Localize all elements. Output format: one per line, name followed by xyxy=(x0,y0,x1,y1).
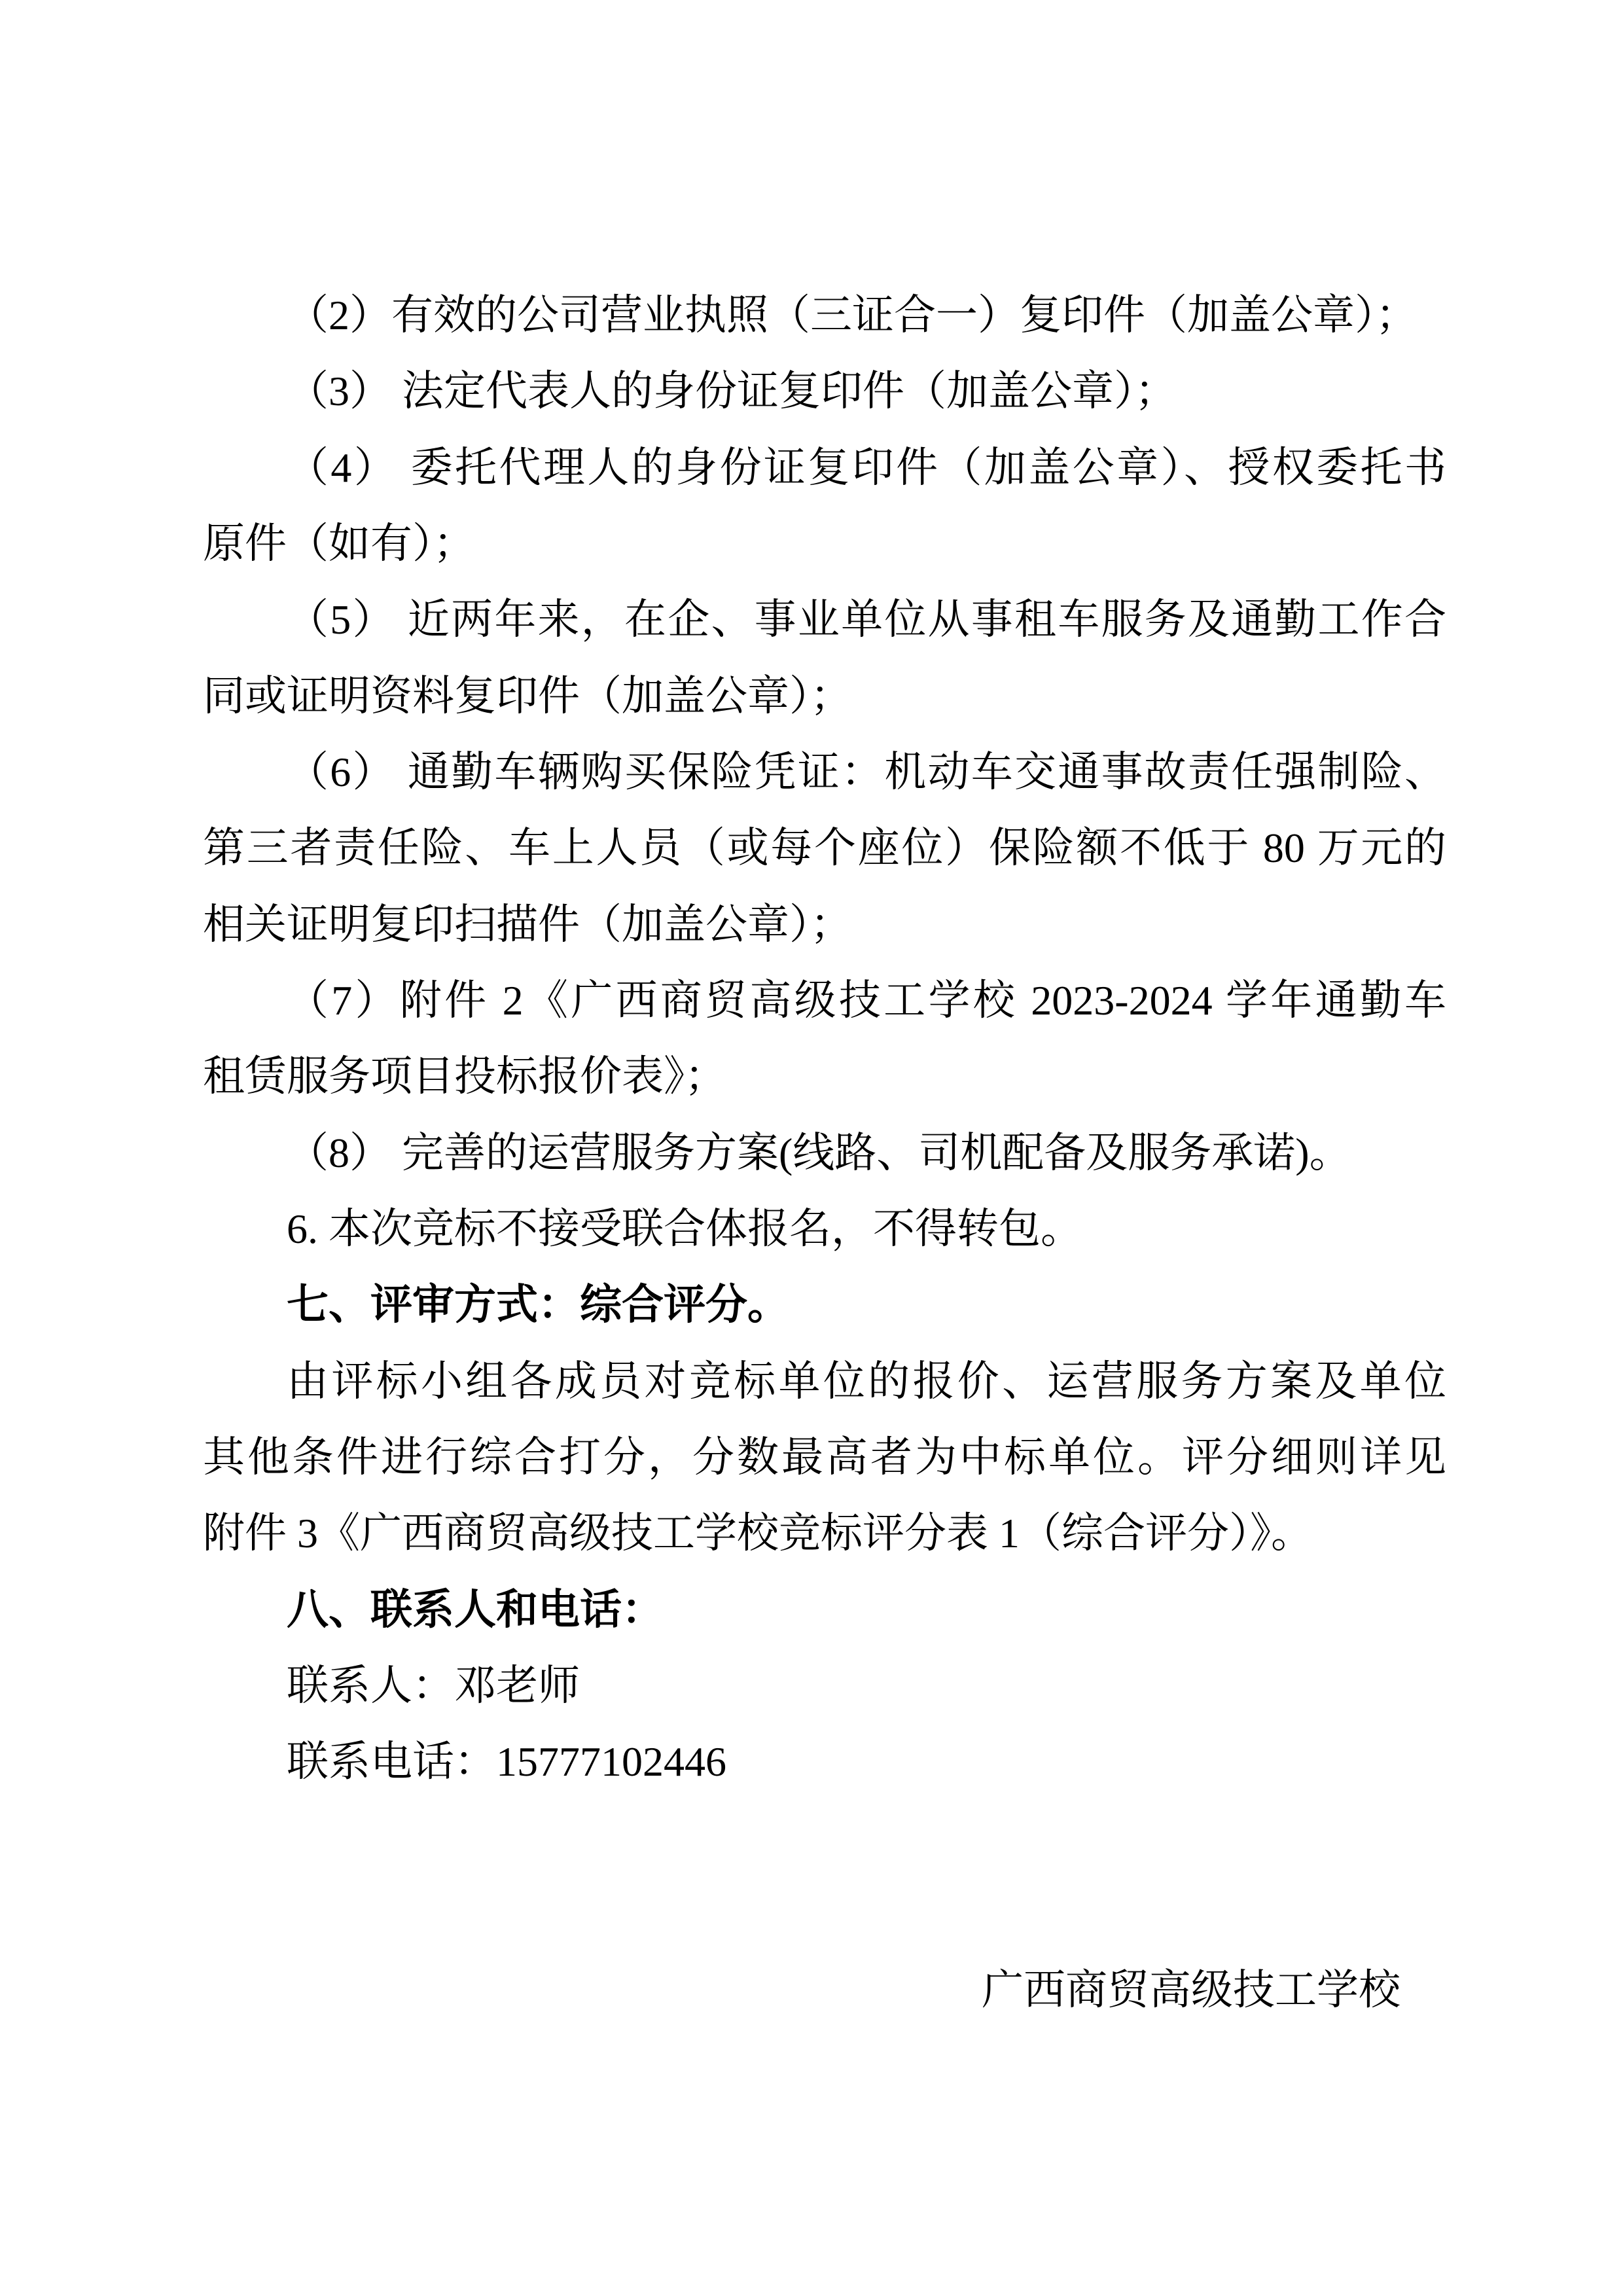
text-line: 同或证明资料复印件（加盖公章）； xyxy=(203,658,1446,734)
blank-line xyxy=(203,1801,1446,1876)
text-line: 由评标小组各成员对竞标单位的报价、运营服务方案及单位 xyxy=(203,1344,1446,1420)
blank-line xyxy=(203,1876,1446,1952)
document-body: （2）有效的公司营业执照（三证合一）复印件（加盖公章）；（3） 法定代表人的身份… xyxy=(203,278,1446,2029)
signature-line: 广西商贸高级技工学校 xyxy=(203,1952,1446,2028)
text-line: 联系人：邓老师 xyxy=(203,1648,1446,1724)
paragraph-item-2: （2）有效的公司营业执照（三证合一）复印件（加盖公章）； xyxy=(203,278,1446,353)
paragraph-contact-phone: 联系电话：15777102446 xyxy=(203,1724,1446,1800)
paragraph-item-5: （5） 近两年来，在企、事业单位从事租车服务及通勤工作合同或证明资料复印件（加盖… xyxy=(203,582,1446,734)
paragraph-item-8: （8） 完善的运营服务方案(线路、司机配备及服务承诺)。 xyxy=(203,1115,1446,1191)
text-line: （4） 委托代理人的身份证复印件（加盖公章）、授权委托书 xyxy=(203,430,1446,506)
text-line: 原件（如有）； xyxy=(203,506,1446,582)
text-line: （2）有效的公司营业执照（三证合一）复印件（加盖公章）； xyxy=(203,278,1446,353)
text-line: 附件 3《广西商贸高级技工学校竞标评分表 1（综合评分）》。 xyxy=(203,1496,1446,1571)
paragraph-section-7-body: 由评标小组各成员对竞标单位的报价、运营服务方案及单位其他条件进行综合打分，分数最… xyxy=(203,1344,1446,1572)
text-line: （6） 通勤车辆购买保险凭证：机动车交通事故责任强制险、 xyxy=(203,734,1446,810)
paragraph-item-6: （6） 通勤车辆购买保险凭证：机动车交通事故责任强制险、第三者责任险、车上人员（… xyxy=(203,734,1446,963)
text-line: 七、评审方式：综合评分。 xyxy=(203,1267,1446,1343)
paragraph-section-7-heading: 七、评审方式：综合评分。 xyxy=(203,1267,1446,1343)
paragraph-item-4: （4） 委托代理人的身份证复印件（加盖公章）、授权委托书原件（如有）； xyxy=(203,430,1446,583)
text-line: （7）附件 2《广西商贸高级技工学校 2023-2024 学年通勤车 xyxy=(203,963,1446,1039)
paragraph-section-8-heading: 八、联系人和电话： xyxy=(203,1572,1446,1648)
text-line: 第三者责任险、车上人员（或每个座位）保险额不低于 80 万元的 xyxy=(203,810,1446,886)
paragraph-contact-name: 联系人：邓老师 xyxy=(203,1648,1446,1724)
text-line: 其他条件进行综合打分，分数最高者为中标单位。评分细则详见 xyxy=(203,1420,1446,1496)
text-line: （3） 法定代表人的身份证复印件（加盖公章）； xyxy=(203,353,1446,429)
text-line: （5） 近两年来，在企、事业单位从事租车服务及通勤工作合 xyxy=(203,582,1446,658)
text-line: 八、联系人和电话： xyxy=(203,1572,1446,1648)
document-page: （2）有效的公司营业执照（三证合一）复印件（加盖公章）；（3） 法定代表人的身份… xyxy=(0,0,1623,2296)
paragraph-clause-6: 6. 本次竞标不接受联合体报名，不得转包。 xyxy=(203,1191,1446,1267)
text-line: 租赁服务项目投标报价表》； xyxy=(203,1039,1446,1115)
text-line: 联系电话：15777102446 xyxy=(203,1724,1446,1800)
paragraph-item-3: （3） 法定代表人的身份证复印件（加盖公章）； xyxy=(203,353,1446,429)
text-line: 6. 本次竞标不接受联合体报名，不得转包。 xyxy=(203,1191,1446,1267)
text-line: （8） 完善的运营服务方案(线路、司机配备及服务承诺)。 xyxy=(203,1115,1446,1191)
paragraph-item-7: （7）附件 2《广西商贸高级技工学校 2023-2024 学年通勤车租赁服务项目… xyxy=(203,963,1446,1115)
text-line: 相关证明复印扫描件（加盖公章）； xyxy=(203,887,1446,963)
